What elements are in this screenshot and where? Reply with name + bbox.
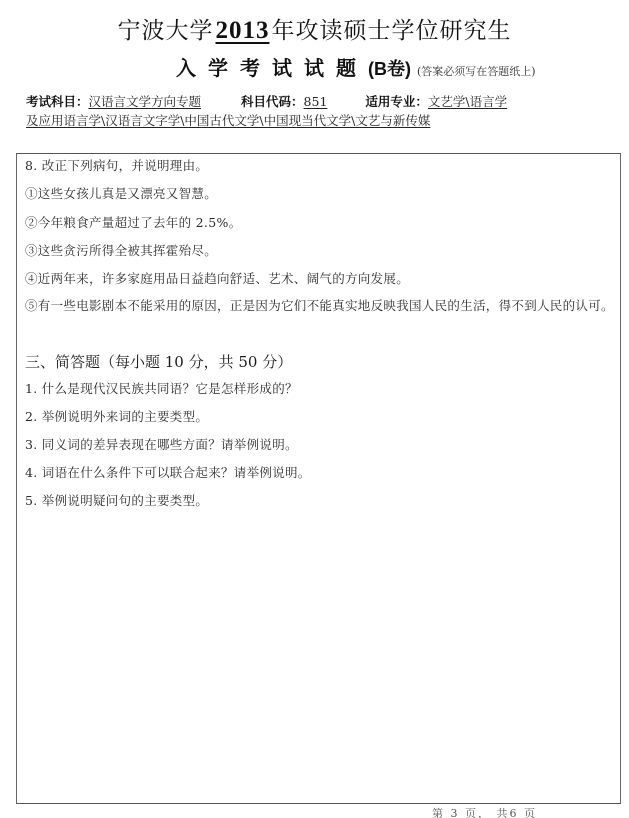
answer-sheet-note: (答案必须写在答题纸上) [417,65,536,78]
exam-info: 考试科目：汉语言文学方向专题科目代码：851适用专业：文艺学\语言学 及应用语言… [26,92,616,130]
short-answer-4: 4. 词语在什么条件下可以联合起来？请举例说明。 [25,463,311,481]
subject-label: 考试科目： [26,94,89,109]
question-box: 8. 改正下列病句，并说明理由。 ①这些女孩儿真是又漂亮又智慧。 ②今年粮食产量… [16,153,621,804]
subtitle-main: 入学考试试题 [176,56,368,80]
exam-title: 宁波大学2013年攻读硕士学位研究生 [0,12,629,45]
question-8-item-2: ②今年粮食产量超过了去年的 2.5%。 [25,213,241,231]
short-answer-2: 2. 举例说明外来词的主要类型。 [25,407,208,425]
question-8-item-5: ⑤有一些电影剧本不能采用的原因，正是因为它们不能真实地反映我国人民的生活，得不到… [25,292,615,320]
question-8-item-1: ①这些女孩儿真是又漂亮又智慧。 [25,184,217,202]
question-8-item-4: ④近两年来，许多家庭用品日益趋向舒适、艺术、阔气的方向发展。 [25,269,409,287]
title-suffix: 年攻读硕士学位研究生 [272,18,512,44]
major-value-line2: 及应用语言学\汉语言文字学\中国古代文学\中国现当代文学\文艺与新传媒 [26,113,430,128]
question-8-prompt: 8. 改正下列病句，并说明理由。 [25,156,208,174]
short-answer-1: 1. 什么是现代汉民族共同语？它是怎样形成的？ [25,379,298,397]
paper-version: (B卷) [368,59,411,79]
code-value: 851 [304,94,328,109]
subject-value: 汉语言文学方向专题 [89,94,202,109]
major-label: 适用专业： [365,94,428,109]
page-indicator: 第 3 页， 共6 页 [432,805,537,818]
short-answer-5: 5. 举例说明疑问句的主要类型。 [25,491,208,509]
major-value-line1: 文艺学\语言学 [428,94,507,109]
exam-subtitle: 入学考试试题(B卷)(答案必须写在答题纸上) [176,52,536,81]
short-answer-3: 3. 同义词的差异表现在哪些方面？请举例说明。 [25,435,298,453]
question-8-item-3: ③这些贪污所得全被其挥霍殆尽。 [25,241,217,259]
exam-year: 2013 [214,17,272,44]
section-3-heading: 三、简答题（每小题 10 分，共 50 分） [25,351,292,372]
code-label: 科目代码： [241,94,304,109]
title-prefix: 宁波大学 [118,18,214,44]
